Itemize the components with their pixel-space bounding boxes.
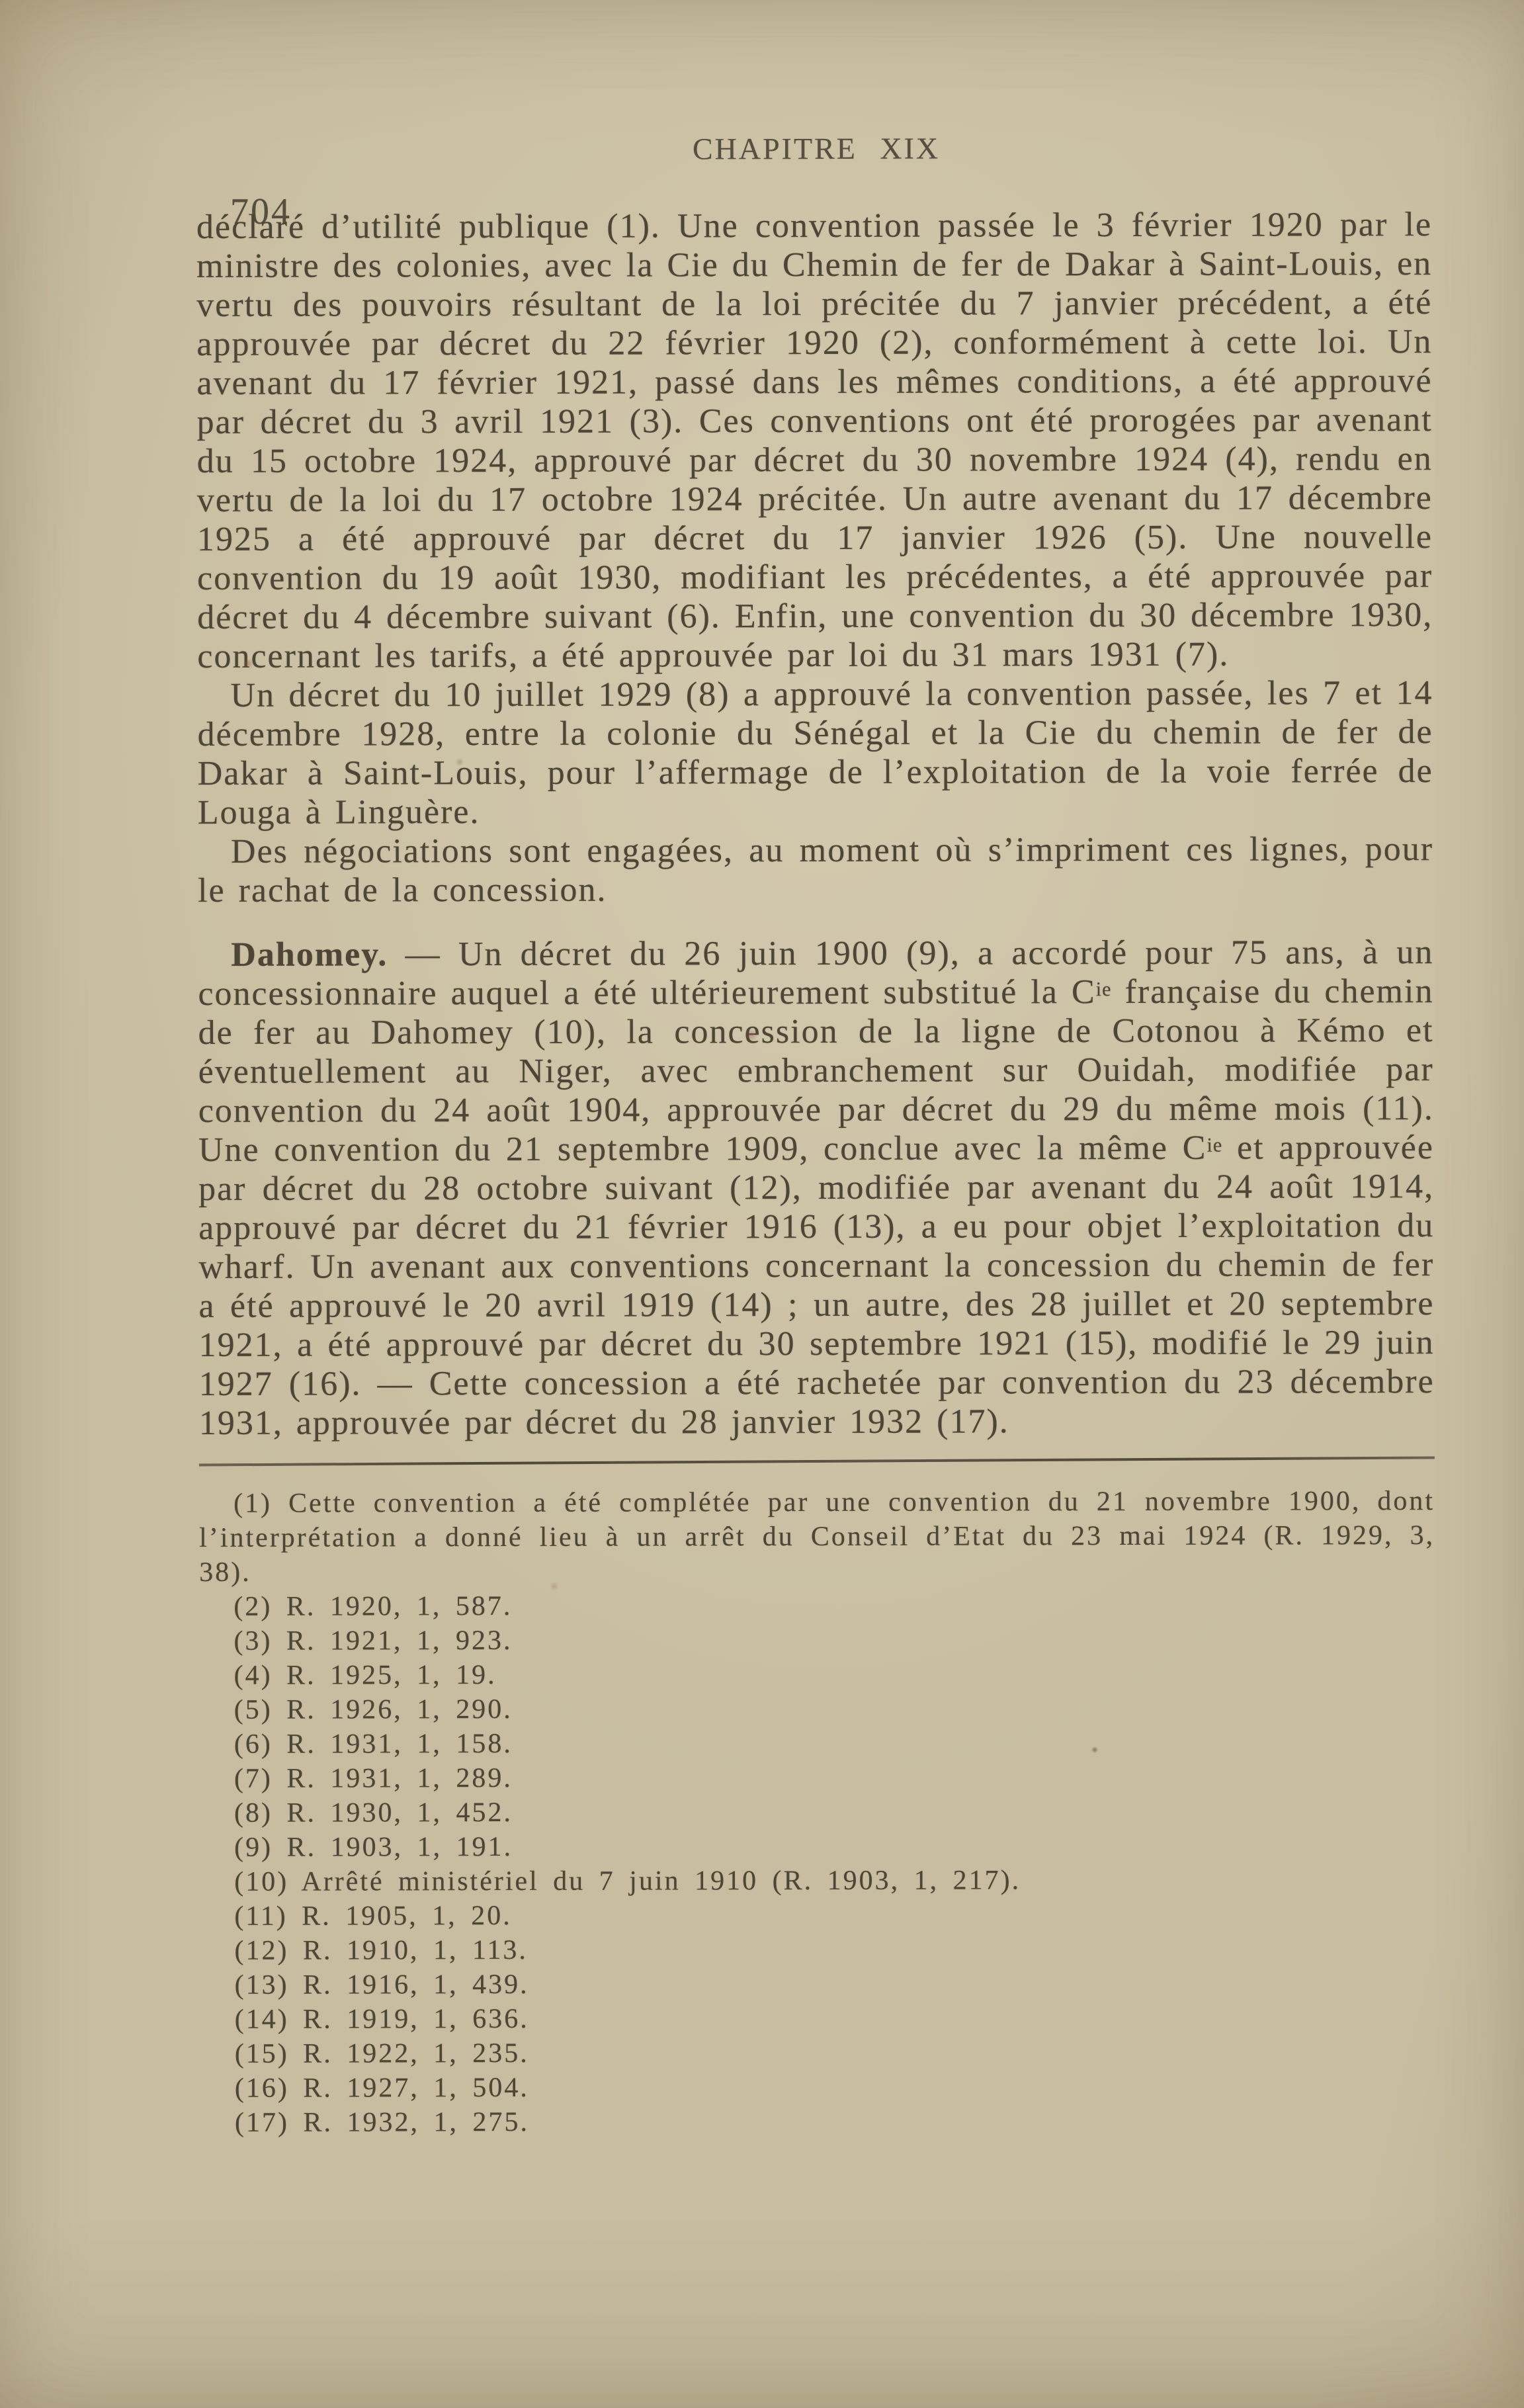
footnote-3: (3) R. 1921, 1, 923.: [199, 1621, 1435, 1658]
scanned-book-page: 704 CHAPITRE XIX déclaré d’utilité publi…: [0, 0, 1524, 2408]
footnote-4: (4) R. 1925, 1, 19.: [200, 1656, 1435, 1693]
paragraph-dahomey: Dahomey. — Un décret du 26 juin 1900 (9)…: [198, 933, 1435, 1443]
body-text: déclaré d’utilité publique (1). Une conv…: [196, 205, 1435, 1443]
compagnie-superscript: ie: [1206, 1133, 1222, 1156]
footnote-13: (13) R. 1916, 1, 439.: [200, 1965, 1436, 2002]
dahomey-run-in-heading: Dahomey.: [231, 935, 388, 973]
footnote-8: (8) R. 1930, 1, 452.: [200, 1793, 1435, 1830]
compagnie-superscript: ie: [1096, 978, 1112, 1000]
footnote-12: (12) R. 1910, 1, 113.: [200, 1931, 1435, 1968]
paragraph-decret-1929: Un décret du 10 juillet 1929 (8) a appro…: [197, 673, 1433, 832]
footnote-14: (14) R. 1919, 1, 636.: [200, 2000, 1436, 2037]
footnote-7: (7) R. 1931, 1, 289.: [200, 1759, 1435, 1796]
footnote-separator-rule: [199, 1456, 1435, 1466]
footnote-9: (9) R. 1903, 1, 191.: [200, 1828, 1435, 1865]
running-head-chapter-title: CHAPITRE XIX: [198, 130, 1434, 168]
footnote-6: (6) R. 1931, 1, 158.: [200, 1725, 1435, 1762]
paragraph-negociations: Des négociations sont engagées, au momen…: [198, 830, 1433, 910]
footnote-17: (17) R. 1932, 1, 275.: [200, 2103, 1436, 2140]
footnote-16: (16) R. 1927, 1, 504.: [200, 2069, 1436, 2106]
footnote-10: (10) Arrêté ministériel du 7 juin 1910 (…: [200, 1862, 1435, 1899]
footnotes-block: (1) Cette convention a été complétée par…: [199, 1484, 1436, 2140]
footnote-15: (15) R. 1922, 1, 235.: [200, 2034, 1436, 2071]
footnote-5: (5) R. 1926, 1, 290.: [200, 1690, 1435, 1727]
dahomey-text-3: et approuvée par décret du 28 octobre su…: [198, 1129, 1435, 1442]
text-column: déclaré d’utilité publique (1). Une conv…: [196, 205, 1436, 2140]
footnote-1: (1) Cette convention a été complétée par…: [199, 1484, 1435, 1590]
footnote-11: (11) R. 1905, 1, 20.: [200, 1897, 1435, 1934]
paragraph-convention-dakar: déclaré d’utilité publique (1). Une conv…: [196, 205, 1433, 676]
footnote-2: (2) R. 1920, 1, 587.: [199, 1587, 1435, 1624]
